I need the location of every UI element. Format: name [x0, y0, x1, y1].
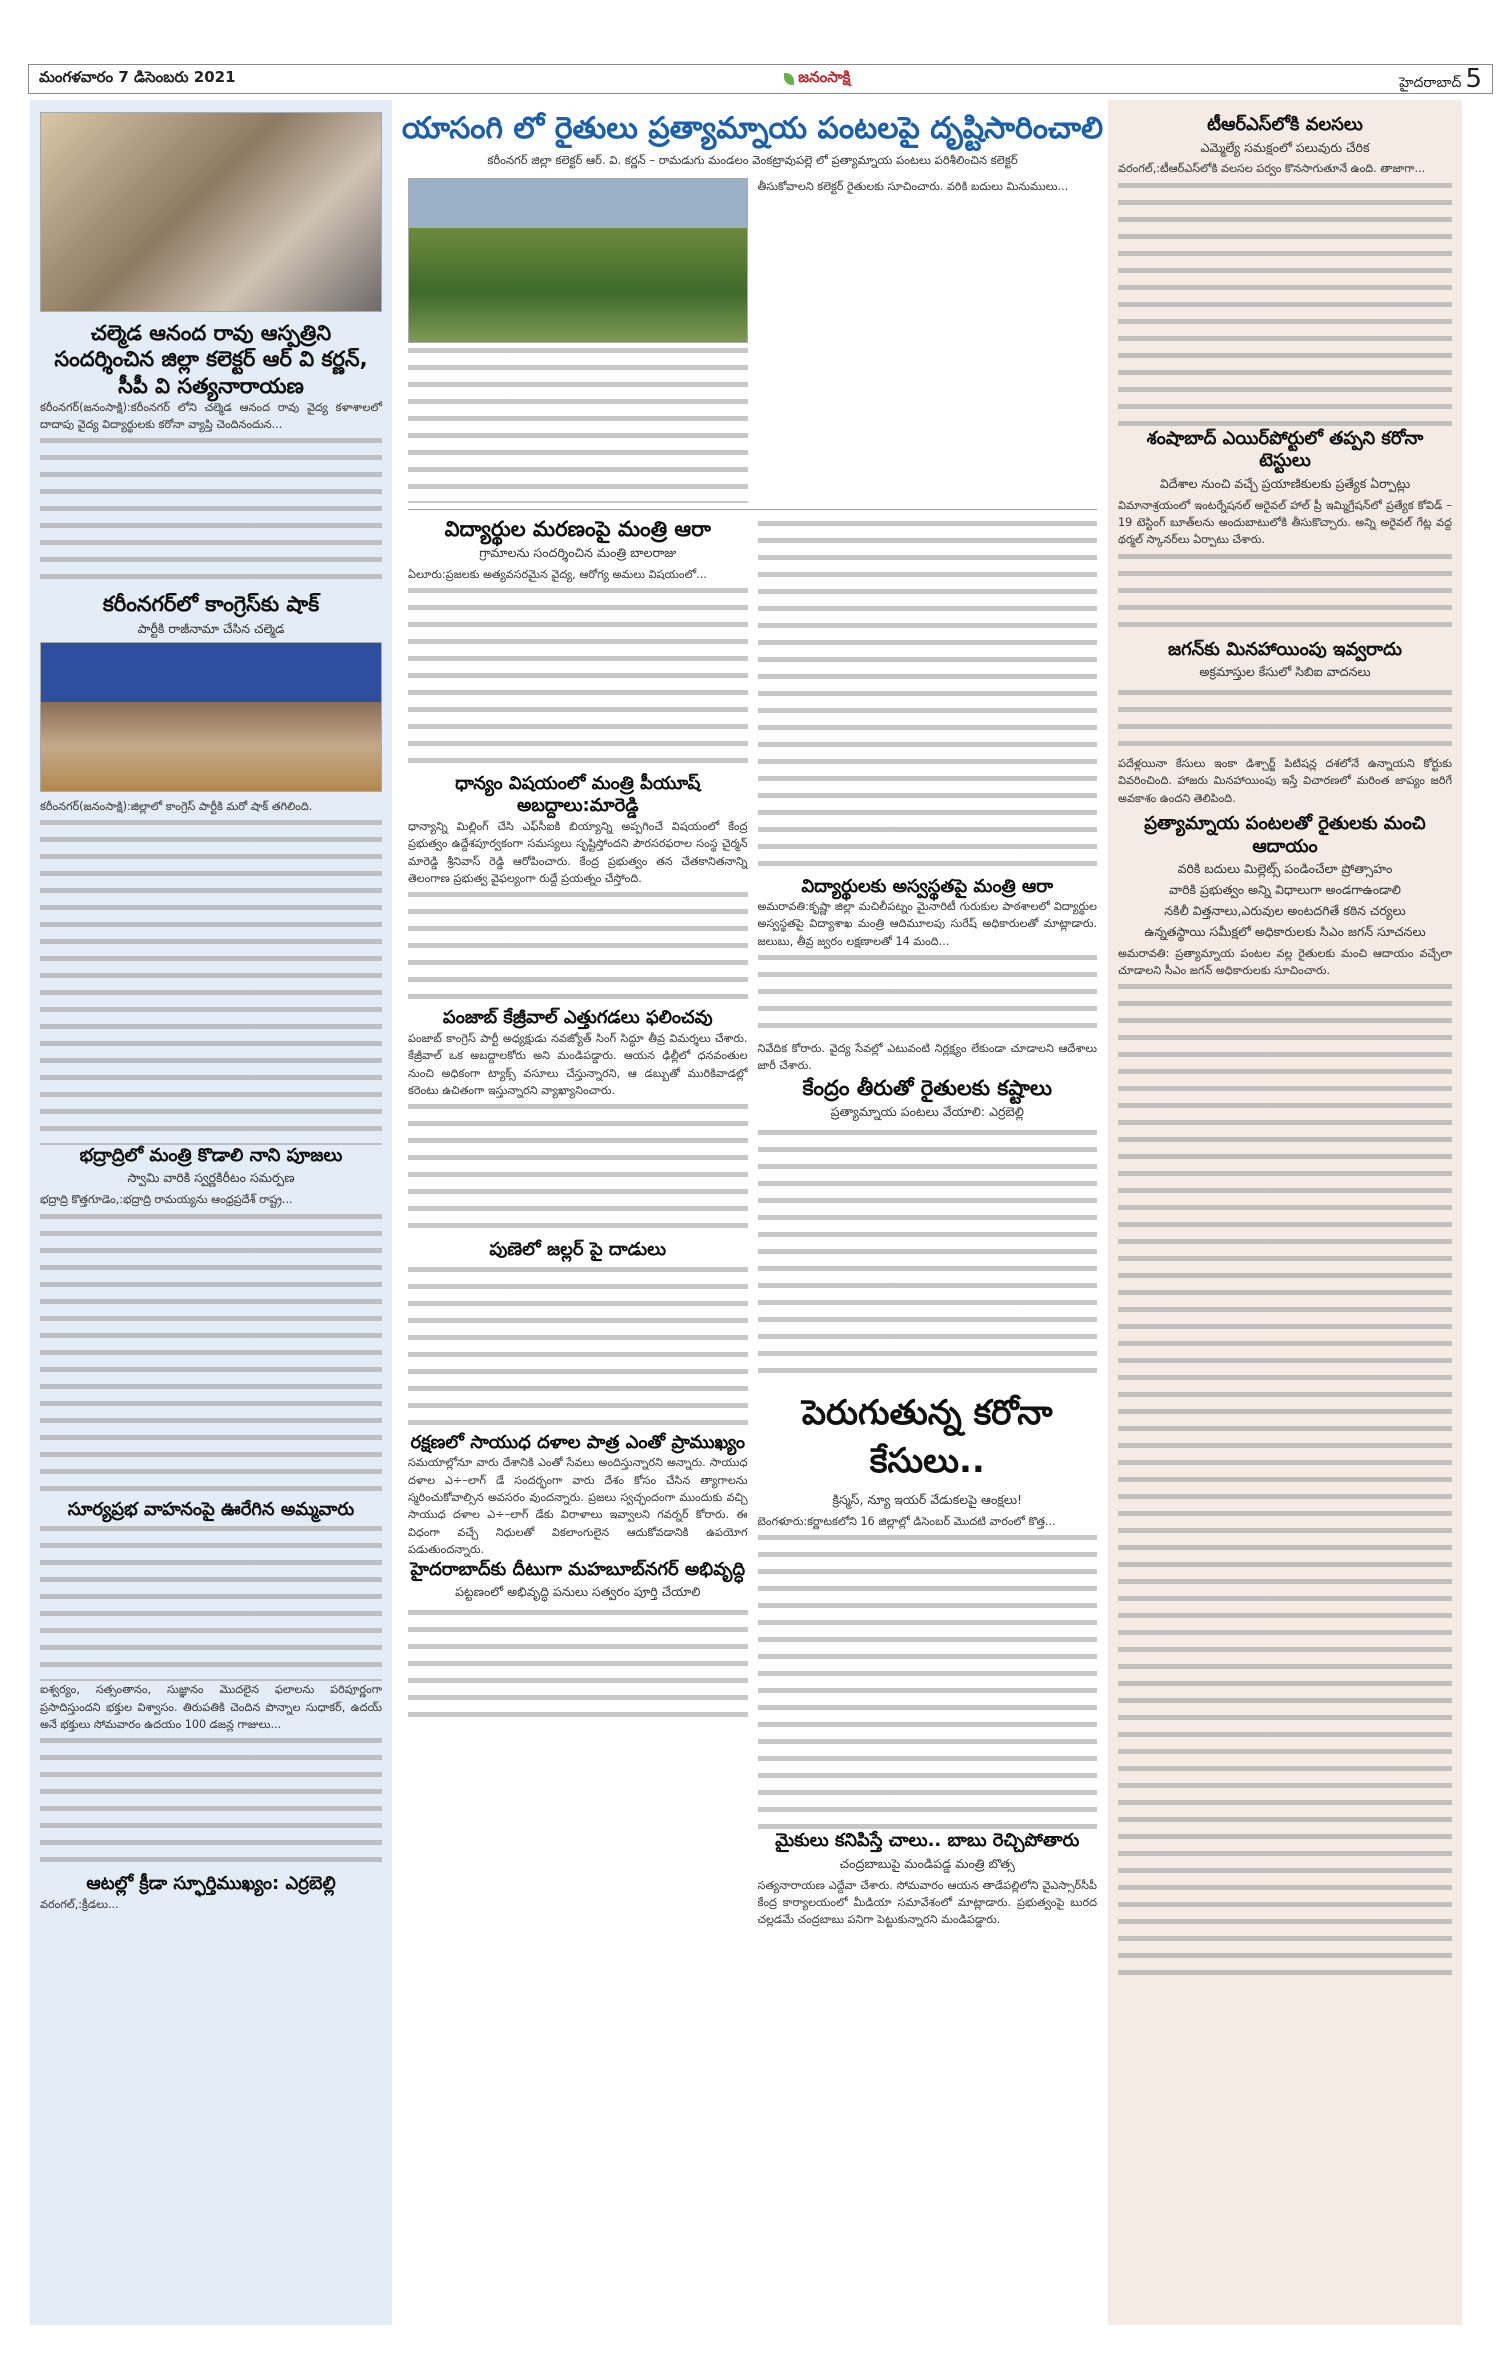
article-subheadline: విదేశాల నుంచి వచ్చే ప్రయాణికులకు ప్రత్యే… [1118, 476, 1452, 493]
article-subheadline: నకిలీ విత్తనాలు,ఎరువుల అంటదగితే కఠిన చర్… [1118, 903, 1452, 920]
article-subheadline: పట్టణంలో అభివృద్ధి పనులు సత్వరం పూర్తి చ… [408, 1584, 748, 1601]
article-hospital-visit: చల్మెడ ఆనంద రావు ఆస్పత్రిని సందర్శించిన … [40, 320, 382, 583]
article-sports-spirit: ఆటల్లో క్రీడా స్ఫూర్తిముఖ్యం: ఎర్రబెల్లి… [40, 1873, 382, 1913]
article-trs-joining: టీఆర్ఎస్‌లోకి వలసలు ఎమ్మెల్యే సమక్షంలో ప… [1118, 114, 1452, 428]
article-body-continued [1118, 979, 1452, 1979]
article-body-continued [1118, 549, 1452, 639]
middle-column: యాసంగి లో రైతులు ప్రత్యామ్నాయ పంటలపై దృష… [400, 100, 1105, 2325]
article-airport-tests: శంషాబాద్ ఎయిర్‌పోర్టులో తప్పని కరోనా టెస… [1118, 428, 1452, 639]
article-body-continued [408, 343, 748, 503]
article-body: ఏలూరు:ప్రజలకు అత్యవసరమైన వైద్య, ఆరోగ్య అ… [408, 566, 748, 583]
article-headline: కరీంనగర్‌లో కాంగ్రెస్‌కు షాక్ [40, 591, 382, 617]
crop-field-photo [408, 178, 748, 343]
article-headline: సూర్యప్రభ వాహనంపై ఊరేగిన అమ్మవారు [40, 1499, 382, 1522]
article-body: సత్యనారాయణ ఎద్దేవా చేశారు. సోమవారం ఆయన త… [758, 1877, 1098, 1929]
article-students-illness: విద్యార్థులకు అస్వస్థతపై మంత్రి ఆరా అమరా… [758, 876, 1098, 1041]
article-subheadline: చంద్రబాబుపై మండిపడ్డ మంత్రి బొత్స [758, 1856, 1098, 1873]
article-body-continued [408, 1099, 748, 1239]
edition-name: హైదరాబాద్ [1399, 75, 1461, 91]
page-number: 5 [1465, 64, 1482, 94]
article-body: ధాన్యాన్ని మిల్లింగ్ చేసి ఎఫ్‌సీఐకి బియ్… [408, 818, 748, 887]
article-subheadline: ఎమ్మెల్యే సమక్షంలో పలువురు చేరిక [1118, 140, 1452, 157]
article-corona-cases: పెరుగుతున్న కరోనా కేసులు.. క్రిస్మస్, న్… [758, 1393, 1098, 1830]
article-headline: విద్యార్థుల మరణంపై మంత్రి ఆరా [408, 516, 748, 542]
article-body: తీసుకోవాలని కలెక్టర్ రైతులకు సూచించారు. … [758, 178, 1098, 195]
article-body: అమరావతి: ప్రత్యామ్నాయ పంటల వల్ల రైతులకు … [1118, 945, 1452, 980]
article-farmers-woes: నివేదిక కోరారు. వైద్య సేవల్లో ఎటువంటి ని… [758, 1040, 1098, 1385]
article-headline: హైదరాబాద్‌కు దీటుగా మహబూబ్‌నగర్ అభివృద్ధ… [408, 1559, 748, 1582]
article-body [758, 1125, 1098, 1385]
article-body-intro [40, 1521, 382, 1681]
article-armed-forces: రక్షణలో సాయుధ దళాల పాత్ర ఎంతో ప్రాముఖ్యం… [408, 1432, 748, 1559]
article-prev-ending: నివేదిక కోరారు. వైద్య సేవల్లో ఎటువంటి ని… [758, 1040, 1098, 1075]
article-punjab-kejriwal: పంజాబ్ కేజ్రీవాల్ ఎత్తుగడలు ఫలించవు పంజా… [408, 1007, 748, 1239]
press-meet-photo [40, 642, 382, 792]
article-body-continued [40, 433, 382, 583]
article-headline: విద్యార్థులకు అస్వస్థతపై మంత్రి ఆరా [758, 876, 1098, 899]
article-body: కరీంనగర్(జనంసాక్షి):కరీంనగర్ లోని చల్మెడ… [40, 399, 382, 434]
logo-text: జనంసాక్షి [798, 68, 850, 90]
article-body: సమయాల్లోనూ వారు దేశానికి ఎంతో సేవలు అంది… [408, 1454, 748, 1558]
article-headline: పంజాబ్ కేజ్రీవాల్ ఎత్తుగడలు ఫలించవు [408, 1007, 748, 1030]
article-body: పదేళ్లయినా కేసులు ఇంకా డిశ్చార్జ్ పిటిషన… [1118, 755, 1452, 807]
article-subheadline: వరికి బదులు మిల్లెట్స్ పండించేలా ప్రోత్స… [1118, 861, 1452, 878]
article-body: కరీంనగర్(జనంసాక్షి):జిల్లాలో కాంగ్రెస్ ప… [40, 798, 382, 815]
article-headline: పెరుగుతున్న కరోనా కేసులు.. [758, 1393, 1098, 1489]
article-subheadline: వారికి ప్రభుత్వం అన్ని విధాలుగా అండగాఉండ… [1118, 882, 1452, 899]
article-body-continued [40, 815, 382, 1145]
article-body-continued [758, 950, 1098, 1040]
main-subheadline: కరీంనగర్ జిల్లా కలెక్టర్ ఆర్. వి. కర్ణన్… [400, 153, 1105, 170]
article-headline: మైకులు కనిపిస్తే చాలు.. బాబు రెచ్చిపోతార… [758, 1830, 1098, 1853]
article-headline: రక్షణలో సాయుధ దళాల పాత్ర ఎంతో ప్రాముఖ్యం [408, 1432, 748, 1455]
article-subheadline: పార్టీకి రాజీనామా చేసిన చల్మెడ [40, 621, 382, 638]
article-body: అమరావతి:కృష్ణా జిల్లా మచిలీపట్నం మైనారిట… [758, 898, 1098, 950]
leaf-logo-icon [784, 73, 794, 85]
article-headline: జగన్‌కు మినహాయింపు ఇవ్వరాదు [1118, 639, 1452, 662]
article-body-continued [758, 516, 1098, 876]
article-headline: ధాన్యం విషయంలో మంత్రి పీయూష్ అబద్దాలు:మా… [408, 773, 748, 818]
article-body-continued [40, 1733, 382, 1873]
article-mahabubnagar: హైదరాబాద్‌కు దీటుగా మహబూబ్‌నగర్ అభివృద్ధ… [408, 1559, 748, 1725]
article-pune-jailer: పుణెలో జల్లర్ పై దాడులు [408, 1239, 748, 1432]
right-column: టీఆర్ఎస్‌లోకి వలసలు ఎమ్మెల్యే సమక్షంలో ప… [1108, 100, 1462, 2325]
article-alternate-crops: ప్రత్యామ్నాయ పంటలతో రైతులకు మంచి ఆదాయం వ… [1118, 813, 1452, 1979]
article-body [408, 1605, 748, 1725]
article-subheadline: గ్రామాలను సందర్శించిన మంత్రి బాలరాజు [408, 545, 748, 562]
article-headline: శంషాబాద్ ఎయిర్‌పోర్టులో తప్పని కరోనా టెస… [1118, 428, 1452, 473]
main-story: యాసంగి లో రైతులు ప్రత్యామ్నాయ పంటలపై దృష… [400, 100, 1105, 503]
article-body-intro [1118, 685, 1452, 755]
article-body-continued [758, 1530, 1098, 1830]
article-body: ఐశ్వర్యం, సత్సంతానం, సుజ్ఞానం మొదలైన ఫలా… [40, 1681, 382, 1733]
article-subheadline: ప్రత్యామ్నాయ పంటలు వేయాలి: ఎర్రబెల్లి [758, 1104, 1098, 1121]
article-subheadline: స్వామి వారికి స్వర్ణకిరీటం సమర్పణ [40, 1170, 382, 1187]
issue-date: మంగళవారం 7 డిసెంబరు 2021 [39, 68, 236, 90]
article-jagan-exemption: జగన్‌కు మినహాయింపు ఇవ్వరాదు అక్రమాస్తుల … [1118, 639, 1452, 807]
article-body: వరంగల్,:టీఆర్ఎస్‌లోకి వలసల పర్వం కొనసాగు… [1118, 160, 1452, 177]
article-body: విమానాశ్రయంలో ఇంటర్నేషనల్ అరైవల్ హాల్ ప్… [1118, 497, 1452, 549]
article-subheadline: ఉన్నతస్థాయి సమీక్షలో అధికారులకు సిఎం జగన… [1118, 924, 1452, 941]
article-students-death: విద్యార్థుల మరణంపై మంత్రి ఆరా గ్రామాలను … [408, 516, 748, 773]
article-headline: భద్రాద్రిలో మంత్రి కొడాలి నాని పూజలు [40, 1145, 382, 1168]
left-column: చల్మెడ ఆనంద రావు ఆస్పత్రిని సందర్శించిన … [30, 100, 392, 2325]
article-headline: ప్రత్యామ్నాయ పంటలతో రైతులకు మంచి ఆదాయం [1118, 813, 1452, 858]
masthead: మంగళవారం 7 డిసెంబరు 2021 జనంసాక్షి హైదరా… [28, 64, 1493, 94]
article-headline: కేంద్రం తీరుతో రైతులకు కష్టాలు [758, 1075, 1098, 1101]
article-body-continued [40, 1209, 382, 1499]
main-headline: యాసంగి లో రైతులు ప్రత్యామ్నాయ పంటలపై దృష… [400, 100, 1105, 147]
article-body-continued [1118, 178, 1452, 428]
article-body [408, 1262, 748, 1432]
article-headline: పుణెలో జల్లర్ పై దాడులు [408, 1239, 748, 1262]
article-body: వరంగల్,:క్రీడలు... [40, 1896, 382, 1913]
article-subheadline: క్రిస్మస్, న్యూ ఇయర్ వేడుకలపై ఆంక్షలు! [758, 1492, 1098, 1509]
article-headline: చల్మెడ ఆనంద రావు ఆస్పత్రిని సందర్శించిన … [40, 320, 382, 399]
article-headline: టీఆర్ఎస్‌లోకి వలసలు [1118, 114, 1452, 137]
article-body: భద్రాద్రి కొత్తగూడెం,:భద్రాద్రి రామయ్యను… [40, 1191, 382, 1208]
article-botsa-naidu: మైకులు కనిపిస్తే చాలు.. బాబు రెచ్చిపోతార… [758, 1830, 1098, 1928]
article-surya-prabha: సూర్యప్రభ వాహనంపై ఊరేగిన అమ్మవారు ఐశ్వర్… [40, 1499, 382, 1874]
article-body: బెంగళూరు:కర్ణాటకలోని 16 జిల్లాల్లో డిసెం… [758, 1513, 1098, 1530]
edition-page: హైదరాబాద్5 [1399, 64, 1482, 94]
article-body: పంజాబ్ కాంగ్రెస్ పార్టీ అధ్యక్షుడు నవజ్య… [408, 1030, 748, 1099]
article-headline: ఆటల్లో క్రీడా స్ఫూర్తిముఖ్యం: ఎర్రబెల్లి [40, 1873, 382, 1896]
article-body-continued [408, 887, 748, 1007]
article-grain-piyush: ధాన్యం విషయంలో మంత్రి పీయూష్ అబద్దాలు:మా… [408, 773, 748, 1007]
divider [408, 509, 1097, 510]
article-body-continued [408, 583, 748, 773]
hospital-visit-photo [40, 112, 382, 312]
newspaper-logo: జనంసాక్షి [784, 68, 850, 90]
article-congress-shock: కరీంనగర్‌లో కాంగ్రెస్‌కు షాక్ పార్టీకి ర… [40, 591, 382, 1144]
article-subheadline: అక్రమాస్తుల కేసులో సిబిఐ వాదనలు [1118, 664, 1452, 681]
article-bhadradri-pooja: భద్రాద్రిలో మంత్రి కొడాలి నాని పూజలు స్వ… [40, 1145, 382, 1499]
